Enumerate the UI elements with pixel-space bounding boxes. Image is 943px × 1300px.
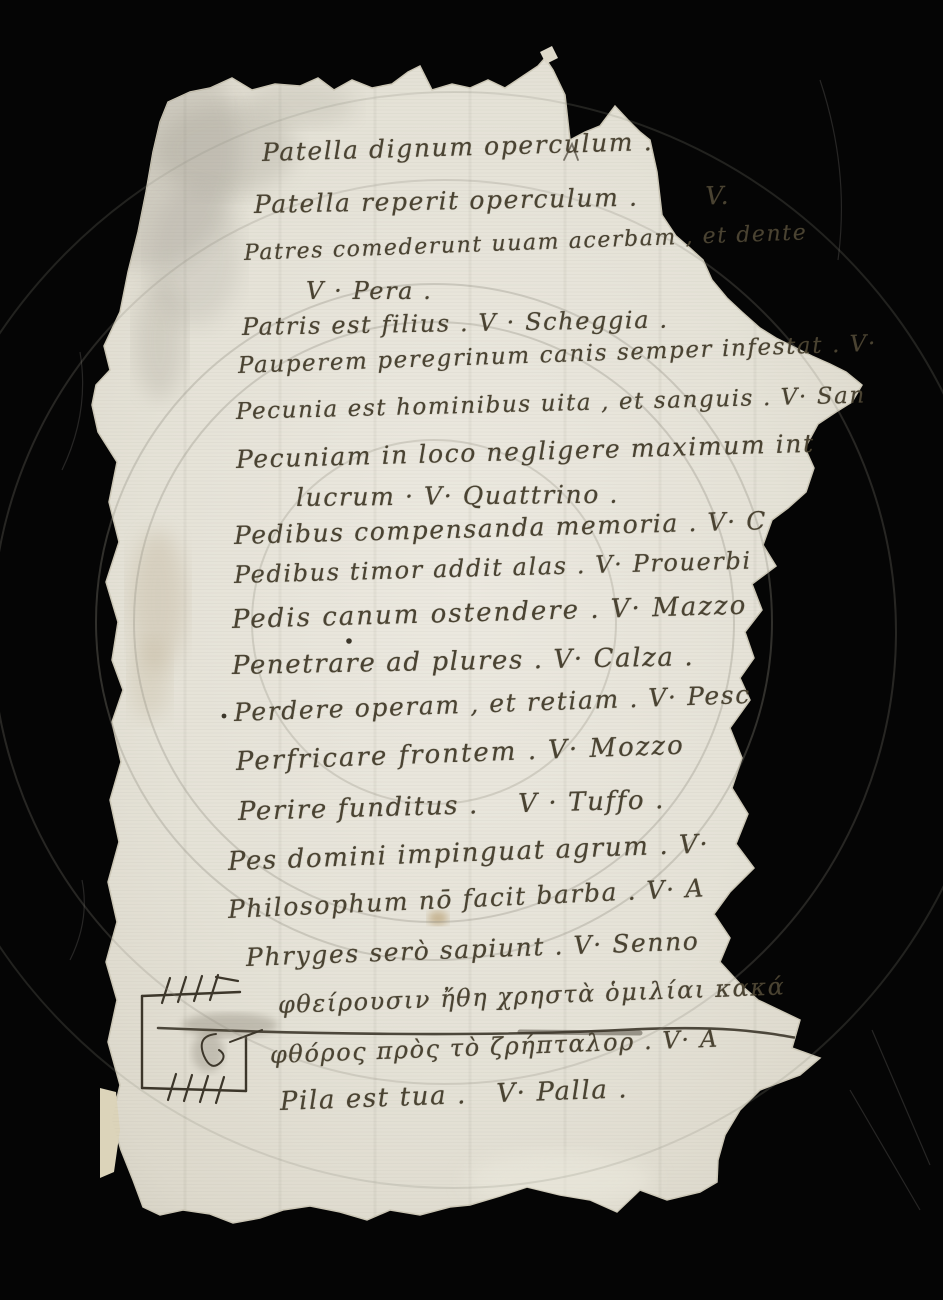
manuscript-photo: Patella dignum operculum . Patella reper… <box>0 0 943 1300</box>
manuscript-scene <box>0 0 943 1300</box>
